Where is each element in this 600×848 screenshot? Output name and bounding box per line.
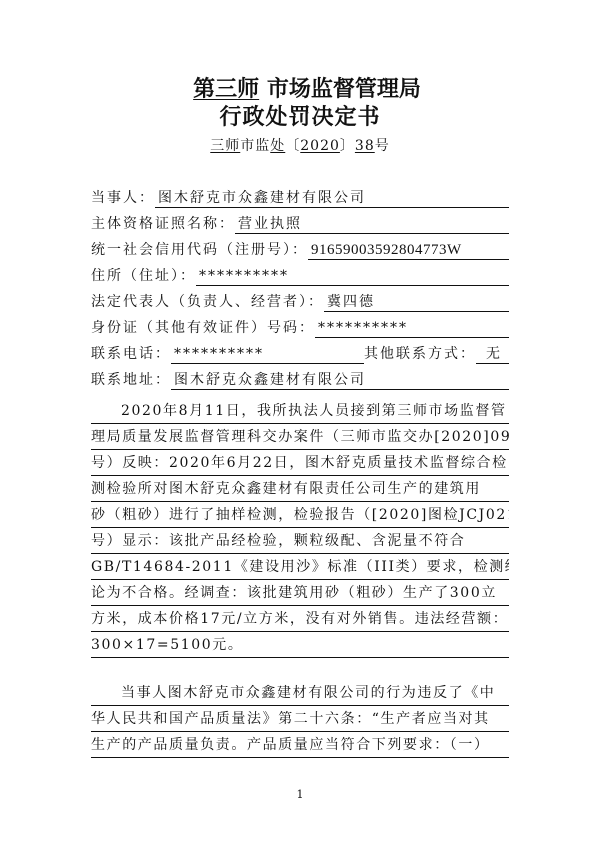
doc-number-part2: 市监 (240, 138, 270, 154)
document-number: 三师市监处〔2020〕38号 (0, 136, 600, 156)
text-line: 号）反映：2020年6月22日，图木舒克质量技术监督综合检 (91, 450, 509, 476)
text-line: 号）显示：该批产品经检验，颗粒级配、含泥量不符合 (91, 528, 509, 554)
text-line: 砂（粗砂）进行了抽样检测，检验报告（[2020]图检JCJ021 (91, 502, 509, 528)
field-phone-row: 联系电话： ********** 其他联系方式： 无 (91, 344, 509, 366)
field-value-other-contact: 无 (476, 344, 509, 364)
field-address: 住所（住址）： ********** (91, 266, 509, 288)
field-value: 图木舒克众鑫建材有限公司 (171, 370, 509, 390)
field-credit-code: 统一社会信用代码（注册号）： 91659003592804773W (91, 240, 509, 262)
doc-number-part1: 三师 (210, 138, 240, 154)
doc-number-suffix: 号 (375, 138, 390, 154)
field-value: 冀四德 (324, 292, 509, 312)
text-line: 当事人图木舒克市众鑫建材有限公司的行为违反了《中 (91, 680, 509, 706)
doc-number-bracket-close: 〕 (340, 138, 355, 154)
field-id-number: 身份证（其他有效证件）号码： ********** (91, 318, 509, 340)
paragraph-violation: 当事人图木舒克市众鑫建材有限公司的行为违反了《中 华人民共和国产品质量法》第二十… (91, 680, 509, 758)
field-label: 联系电话： (91, 344, 171, 366)
document-page: 第三师 市场监督管理局 行政处罚决定书 三师市监处〔2020〕38号 当事人： … (0, 0, 600, 848)
paragraph-facts: 2020年8月11日，我所执法人员接到第三师市场监督管 理局质量发展监督管理科交… (91, 398, 509, 658)
text-line: 方米，成本价格17元/立方米，没有对外销售。违法经营额： (91, 606, 509, 632)
text-line: 300×17=5100元。 (91, 632, 509, 658)
field-license-name: 主体资格证照名称： 营业执照 (91, 214, 509, 236)
field-label: 统一社会信用代码（注册号）： (91, 240, 308, 262)
division-name: 第三师 (179, 76, 259, 102)
field-legal-representative: 法定代表人（负责人、经营者）： 冀四德 (91, 292, 509, 314)
field-label: 当事人： (91, 188, 155, 210)
document-title: 行政处罚决定书 (0, 104, 600, 130)
text-line: 论为不合格。经调查：该批建筑用砂（粗砂）生产了300立 (91, 580, 509, 606)
field-value: ********** (196, 266, 509, 286)
field-value-phone: ********** (171, 344, 364, 364)
field-label: 身份证（其他有效证件）号码： (91, 318, 315, 340)
bureau-name: 市场监督管理局 (259, 76, 421, 102)
issuing-authority-title: 第三师 市场监督管理局 (0, 76, 600, 102)
field-label: 联系地址： (91, 370, 171, 392)
field-value: ********** (315, 318, 509, 338)
field-party: 当事人： 图木舒克市众鑫建材有限公司 (91, 188, 509, 210)
text-line: 2020年8月11日，我所执法人员接到第三师市场监督管 (91, 398, 509, 424)
doc-number-part3: 处 (270, 138, 285, 154)
text-line: 生产的产品质量负责。产品质量应当符合下列要求：（一） (91, 732, 509, 758)
field-value: 91659003592804773W (308, 240, 509, 260)
text-line: 华人民共和国产品质量法》第二十六条：“生产者应当对其 (91, 706, 509, 732)
field-label-other-contact: 其他联系方式： (364, 344, 476, 366)
page-number: 1 (0, 788, 600, 801)
doc-number-serial: 38 (355, 138, 375, 154)
field-value: 图木舒克市众鑫建材有限公司 (155, 188, 509, 208)
text-line: 理局质量发展监督管理科交办案件（三师市监交办[2020]09 (91, 424, 509, 450)
text-line: GB/T14684-2011《建设用沙》标准（III类）要求，检测结 (91, 554, 509, 580)
field-contact-address: 联系地址： 图木舒克众鑫建材有限公司 (91, 370, 509, 392)
field-label: 住所（住址）： (91, 266, 196, 288)
text-line: 测检验所对图木舒克众鑫建材有限责任公司生产的建筑用 (91, 476, 509, 502)
doc-number-bracket-open: 〔 (285, 138, 300, 154)
field-label: 主体资格证照名称： (91, 214, 235, 236)
field-value: 营业执照 (235, 214, 509, 234)
field-label: 法定代表人（负责人、经营者）： (91, 292, 324, 314)
doc-number-year: 2020 (300, 138, 340, 154)
